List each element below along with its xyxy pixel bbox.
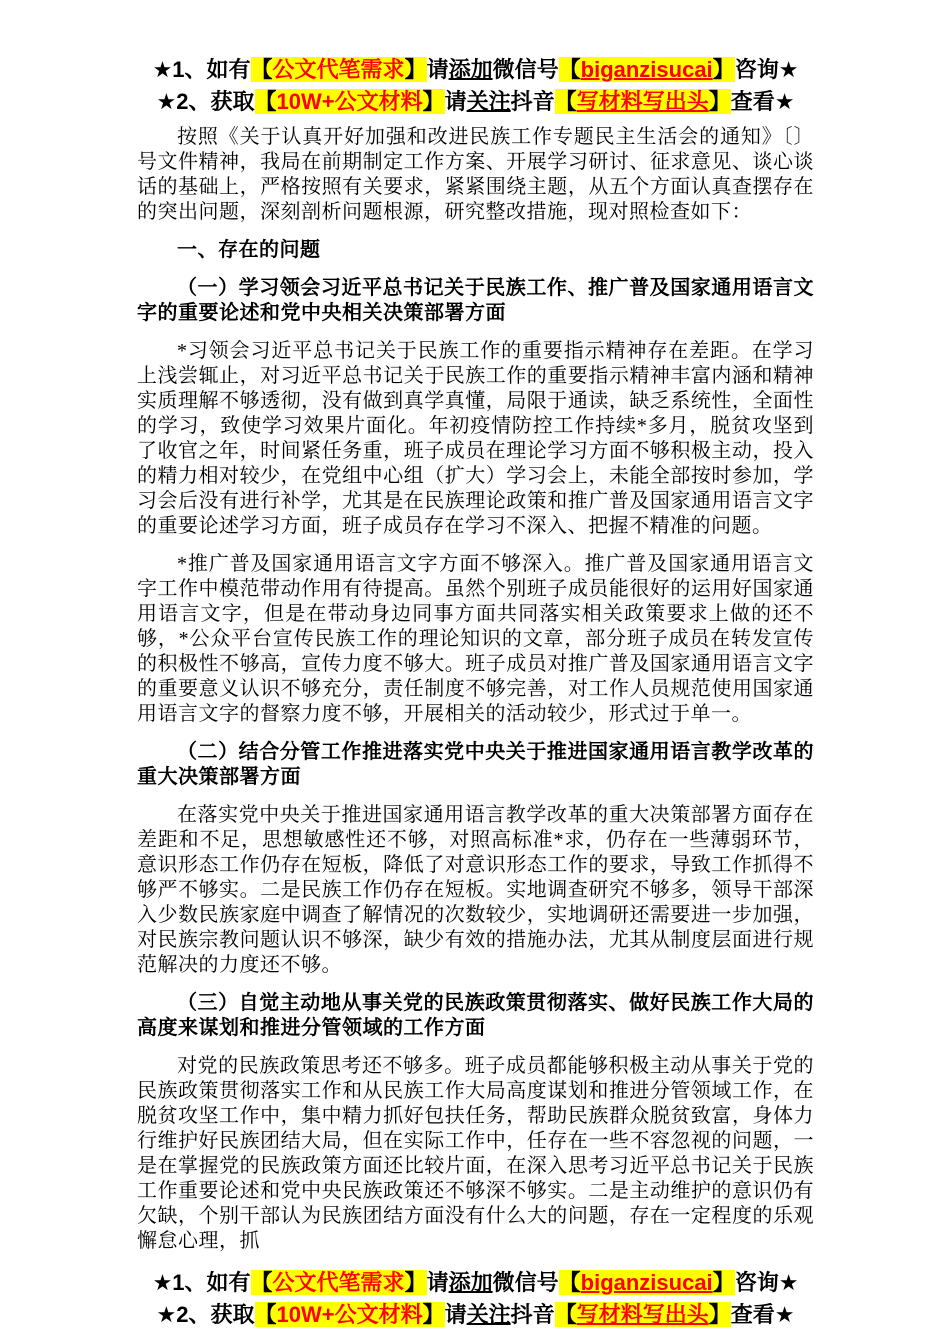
bracket-open: 【 (555, 89, 577, 114)
material-keyword: 10W+公文材料 (277, 1302, 423, 1327)
action-add: 添加 (449, 1270, 493, 1295)
document-body: 按照《关于认真开好加强和改进民族工作专题民主生活会的通知》〔〕号文件精神，我局在… (137, 125, 814, 1254)
bracket-open: 【 (555, 1302, 577, 1327)
bracket-close: 】 (405, 57, 427, 82)
section-heading: （三）自觉主动地从事关党的民族政策贯彻落实、做好民族工作大局的高度来谋划和推进分… (137, 991, 814, 1041)
bracket-close: 】 (709, 89, 731, 114)
bracket-open: 【 (255, 1302, 277, 1327)
promo-text: ★2、获取 (157, 89, 255, 114)
promo-text: 微信号 (493, 57, 559, 82)
service-keyword: 公文代笔需求 (273, 57, 405, 82)
section-heading: （二）结合分管工作推进落实党中央关于推进国家通用语言教学改革的重大决策部署方面 (137, 740, 814, 790)
promo-banner-top: ★1、如有【公文代笔需求】请添加微信号【biganzisucai】咨询★★2、获… (137, 54, 814, 118)
promo-banner-bottom: ★1、如有【公文代笔需求】请添加微信号【biganzisucai】咨询★★2、获… (137, 1267, 814, 1331)
promo-line-1: ★1、如有【公文代笔需求】请添加微信号【biganzisucai】咨询★ (137, 54, 814, 86)
action-follow: 关注 (467, 1302, 511, 1327)
bracket-open: 【 (559, 57, 581, 82)
document-paragraph: *推广普及国家通用语言文字方面不够深入。推广普及国家通用语言文字工作中模范带动作… (137, 552, 814, 727)
bracket-close: 】 (405, 1270, 427, 1295)
document-paragraph: 对党的民族政策思考还不够多。班子成员都能够积极主动从事关于党的民族政策贯彻落实工… (137, 1054, 814, 1254)
bracket-close: 】 (423, 89, 445, 114)
promo-text: 微信号 (493, 1270, 559, 1295)
promo-text: ★1、如有 (153, 1270, 251, 1295)
bracket-open: 【 (255, 89, 277, 114)
bracket-open: 【 (559, 1270, 581, 1295)
section-heading: 一、存在的问题 (137, 238, 814, 263)
promo-text: 请 (427, 1270, 449, 1295)
promo-line-2: ★2、获取【10W+公文材料】请关注抖音【写材料写出头】查看★ (137, 1299, 814, 1331)
bracket-close: 】 (713, 57, 735, 82)
promo-text: 请 (445, 1302, 467, 1327)
document-paragraph: 在落实党中央关于推进国家通用语言教学改革的重大决策部署方面存在差距和不足，思想敏… (137, 803, 814, 978)
promo-text: 查看★ (731, 89, 795, 114)
promo-text: ★1、如有 (153, 57, 251, 82)
material-keyword: 10W+公文材料 (277, 89, 423, 114)
promo-text: 咨询★ (735, 1270, 799, 1295)
promo-text: ★2、获取 (157, 1302, 255, 1327)
document-paragraph: *习领会习近平总书记关于民族工作的重要指示精神存在差距。在学习上浅尝辄止，对习近… (137, 339, 814, 539)
wechat-id: biganzisucai (581, 57, 713, 82)
bracket-open: 【 (251, 57, 273, 82)
bracket-close: 】 (709, 1302, 731, 1327)
wechat-id: biganzisucai (581, 1270, 713, 1295)
promo-text: 请 (445, 89, 467, 114)
service-keyword: 公文代笔需求 (273, 1270, 405, 1295)
douyin-account: 写材料写出头 (577, 1302, 709, 1327)
promo-line-2: ★2、获取【10W+公文材料】请关注抖音【写材料写出头】查看★ (137, 86, 814, 118)
action-add: 添加 (449, 57, 493, 82)
promo-text: 咨询★ (735, 57, 799, 82)
douyin-account: 写材料写出头 (577, 89, 709, 114)
promo-text: 抖音 (511, 1302, 555, 1327)
document-paragraph: 按照《关于认真开好加强和改进民族工作专题民主生活会的通知》〔〕号文件精神，我局在… (137, 125, 814, 225)
promo-line-1: ★1、如有【公文代笔需求】请添加微信号【biganzisucai】咨询★ (137, 1267, 814, 1299)
bracket-close: 】 (423, 1302, 445, 1327)
promo-text: 请 (427, 57, 449, 82)
bracket-close: 】 (713, 1270, 735, 1295)
promo-text: 抖音 (511, 89, 555, 114)
action-follow: 关注 (467, 89, 511, 114)
promo-text: 查看★ (731, 1302, 795, 1327)
section-heading: （一）学习领会习近平总书记关于民族工作、推广普及国家通用语言文字的重要论述和党中… (137, 276, 814, 326)
document-page: ★1、如有【公文代笔需求】请添加微信号【biganzisucai】咨询★★2、获… (0, 0, 950, 1344)
bracket-open: 【 (251, 1270, 273, 1295)
